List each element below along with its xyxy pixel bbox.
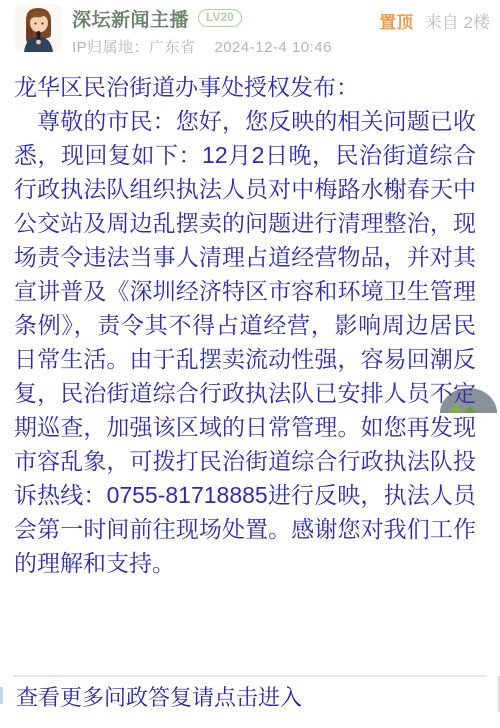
post-body: 龙华区民治街道办事处授权发布： 尊敬的市民：您好，您反映的相关问题已收悉，现回复… [0,70,500,580]
post-flags: 置顶 来自 2楼 [379,8,490,33]
username[interactable]: 深坛新闻主播 [72,5,189,32]
user-avatar[interactable] [14,4,62,52]
level-badge: LV20 [198,9,242,27]
name-row: 深坛新闻主播 LV20 置顶 来自 2楼 [72,6,490,30]
view-more-link[interactable]: 查看更多问政答复请点击进入 [0,683,500,713]
ip-location-label: IP归属地：广东省 [72,39,196,56]
header-text-column: 深坛新闻主播 LV20 置顶 来自 2楼 IP归属地：广东省 2024-12-4… [72,6,490,57]
announcement-line: 龙华区民治街道办事处授权发布： [14,70,476,104]
floor-label: 来自 2楼 [425,13,490,32]
post-timestamp: 2024-12-4 10:46 [214,39,332,56]
footer-divider [13,675,487,677]
post-header: 深坛新闻主播 LV20 置顶 来自 2楼 IP归属地：广东省 2024-12-4… [0,0,500,62]
reply-paragraph: 尊敬的市民：您好，您反映的相关问题已收悉，现回复如下：12月2日晚，民治街道综合… [14,104,476,580]
news-anchor-avatar-icon [14,39,62,52]
meta-row: IP归属地：广东省 2024-12-4 10:46 [72,36,490,57]
pinned-badge: 置顶 [379,13,413,32]
